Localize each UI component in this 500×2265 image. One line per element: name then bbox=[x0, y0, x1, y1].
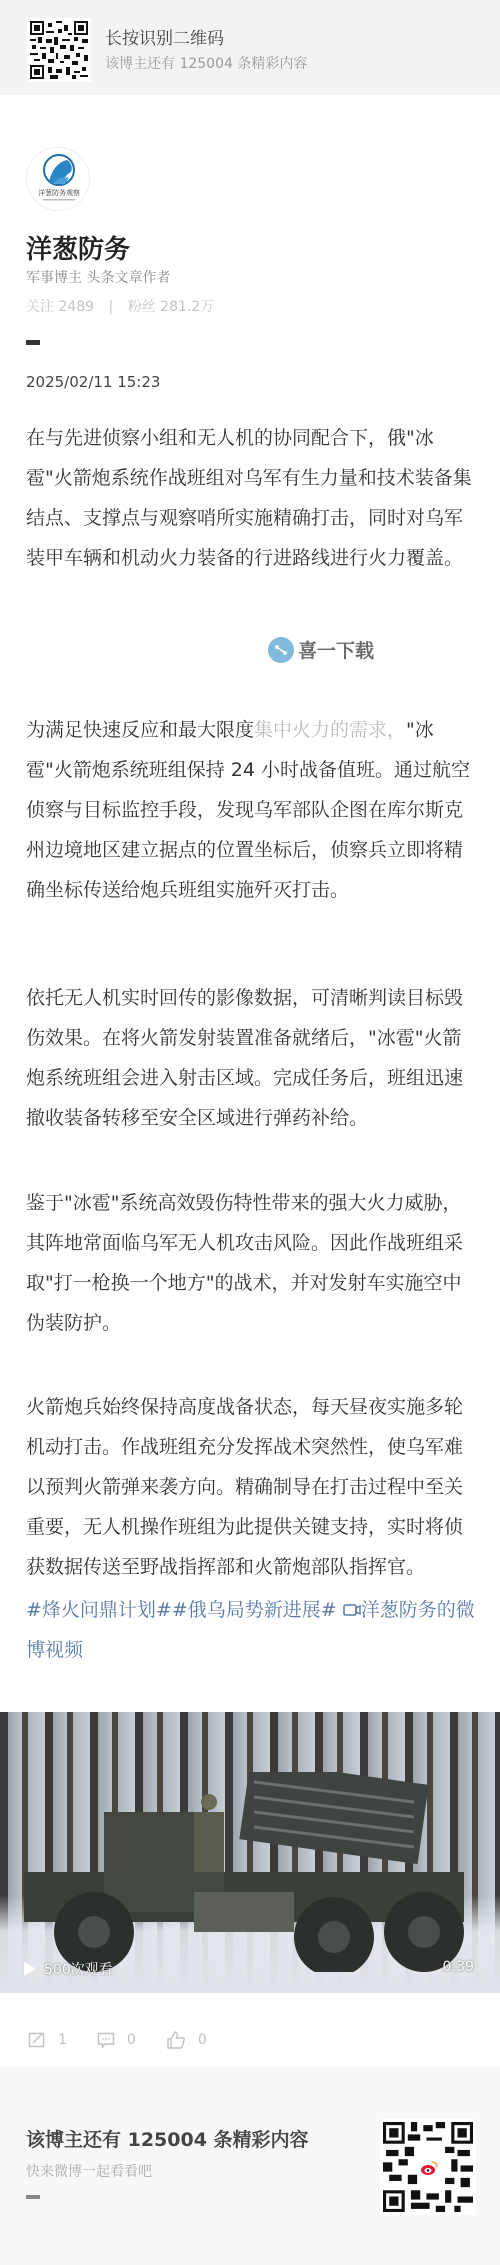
paragraph-text: "冰雹"火箭炮系统班组保持 24 小时战备值班。通过航空侦察与目标监控手段，发现… bbox=[26, 719, 470, 901]
post-actions: 1 0 0 bbox=[28, 2030, 237, 2050]
qr-title: 长按识别二维码 bbox=[105, 24, 224, 49]
paragraph-text: 为满足快速反应和最大限度 bbox=[26, 719, 254, 741]
qr-code[interactable] bbox=[27, 18, 91, 82]
post-paragraph: 为满足快速反应和最大限度集中火力的需求，"冰雹"火箭炮系统班组保持 24 小时战… bbox=[26, 710, 476, 910]
paragraph-text-faded: 集中火力的需求， bbox=[254, 719, 406, 741]
video-views-count: 500次观看 bbox=[44, 1959, 113, 1979]
repost-button[interactable]: 1 bbox=[28, 2031, 67, 2049]
avatar-logo-icon: 洋葱防务观察 bbox=[27, 148, 90, 211]
follow-count: 2489 bbox=[58, 299, 94, 315]
video-duration: 0:39 bbox=[443, 1959, 474, 1975]
repost-icon bbox=[28, 2031, 46, 2049]
play-icon[interactable] bbox=[24, 1962, 36, 1976]
fans-label: 粉丝 bbox=[128, 299, 156, 315]
avatar[interactable]: 洋葱防务观察 bbox=[26, 147, 90, 211]
author-name[interactable]: 洋葱防务 bbox=[26, 229, 130, 266]
post-paragraph: 在与先进侦察小组和无人机的协同配合下，俄"冰雹"火箭炮系统作战班组对乌军有生力量… bbox=[26, 418, 476, 578]
comment-count: 0 bbox=[127, 2032, 136, 2048]
author-stats: 关注 2489 | 粉丝 281.2万 bbox=[26, 296, 214, 316]
footer-banner: 该博主还有 125004 条精彩内容 快来微博一起看看吧 bbox=[0, 2067, 500, 2265]
footer-subtitle: 快来微博一起看看吧 bbox=[26, 2161, 152, 2181]
weibo-logo-icon bbox=[418, 2157, 440, 2179]
download-badge: 喜一下载 bbox=[268, 636, 374, 663]
post-paragraph: 鉴于"冰雹"系统高效毁伤特性带来的强大火力威胁，其阵地常面临乌军无人机攻击风险。… bbox=[26, 1183, 476, 1343]
like-button[interactable]: 0 bbox=[166, 2030, 207, 2050]
follow-label: 关注 bbox=[26, 299, 54, 315]
video-views: 500次观看 bbox=[24, 1959, 113, 1979]
comment-icon bbox=[97, 2031, 115, 2049]
post-card: 洋葱防务观察 洋葱防务 军事博主 头条文章作者 关注 2489 | 粉丝 281… bbox=[0, 95, 500, 2067]
fans-count: 281.2万 bbox=[160, 299, 214, 315]
repost-count: 1 bbox=[58, 2032, 67, 2048]
footer-qr-code[interactable] bbox=[380, 2119, 476, 2215]
qr-banner: 长按识别二维码 该博主还有 125004 条精彩内容 bbox=[0, 0, 500, 95]
footer-title: 该博主还有 125004 条精彩内容 bbox=[26, 2125, 309, 2152]
qr-subtitle: 该博主还有 125004 条精彩内容 bbox=[105, 53, 307, 73]
thumbs-up-icon bbox=[166, 2030, 186, 2050]
stats-separator: | bbox=[109, 299, 114, 315]
like-count: 0 bbox=[198, 2032, 207, 2048]
video-link-icon bbox=[343, 1603, 361, 1617]
comment-button[interactable]: 0 bbox=[97, 2031, 136, 2049]
footer-divider bbox=[26, 2195, 40, 2199]
video-player[interactable]: 500次观看 0:39 bbox=[0, 1712, 500, 1993]
divider-dash bbox=[26, 340, 40, 345]
video-thumbnail bbox=[14, 1772, 474, 1972]
author-tags: 军事博主 头条文章作者 bbox=[26, 267, 170, 287]
svg-text:洋葱防务观察: 洋葱防务观察 bbox=[38, 188, 80, 197]
hashtag-links[interactable]: #烽火问鼎计划##俄乌局势新进展# bbox=[26, 1599, 343, 1621]
post-paragraph: 依托无人机实时回传的影像数据，可清晰判读目标毁伤效果。在将火箭发射装置准备就绪后… bbox=[26, 978, 476, 1138]
share-link-icon bbox=[268, 637, 294, 663]
post-date: 2025/02/11 15:23 bbox=[26, 373, 160, 391]
download-badge-label: 喜一下载 bbox=[298, 636, 374, 663]
hashtags: #烽火问鼎计划##俄乌局势新进展# 洋葱防务的微博视频 bbox=[26, 1590, 476, 1670]
post-paragraph: 火箭炮兵始终保持高度战备状态，每天昼夜实施多轮机动打击。作战班组充分发挥战术突然… bbox=[26, 1387, 476, 1587]
